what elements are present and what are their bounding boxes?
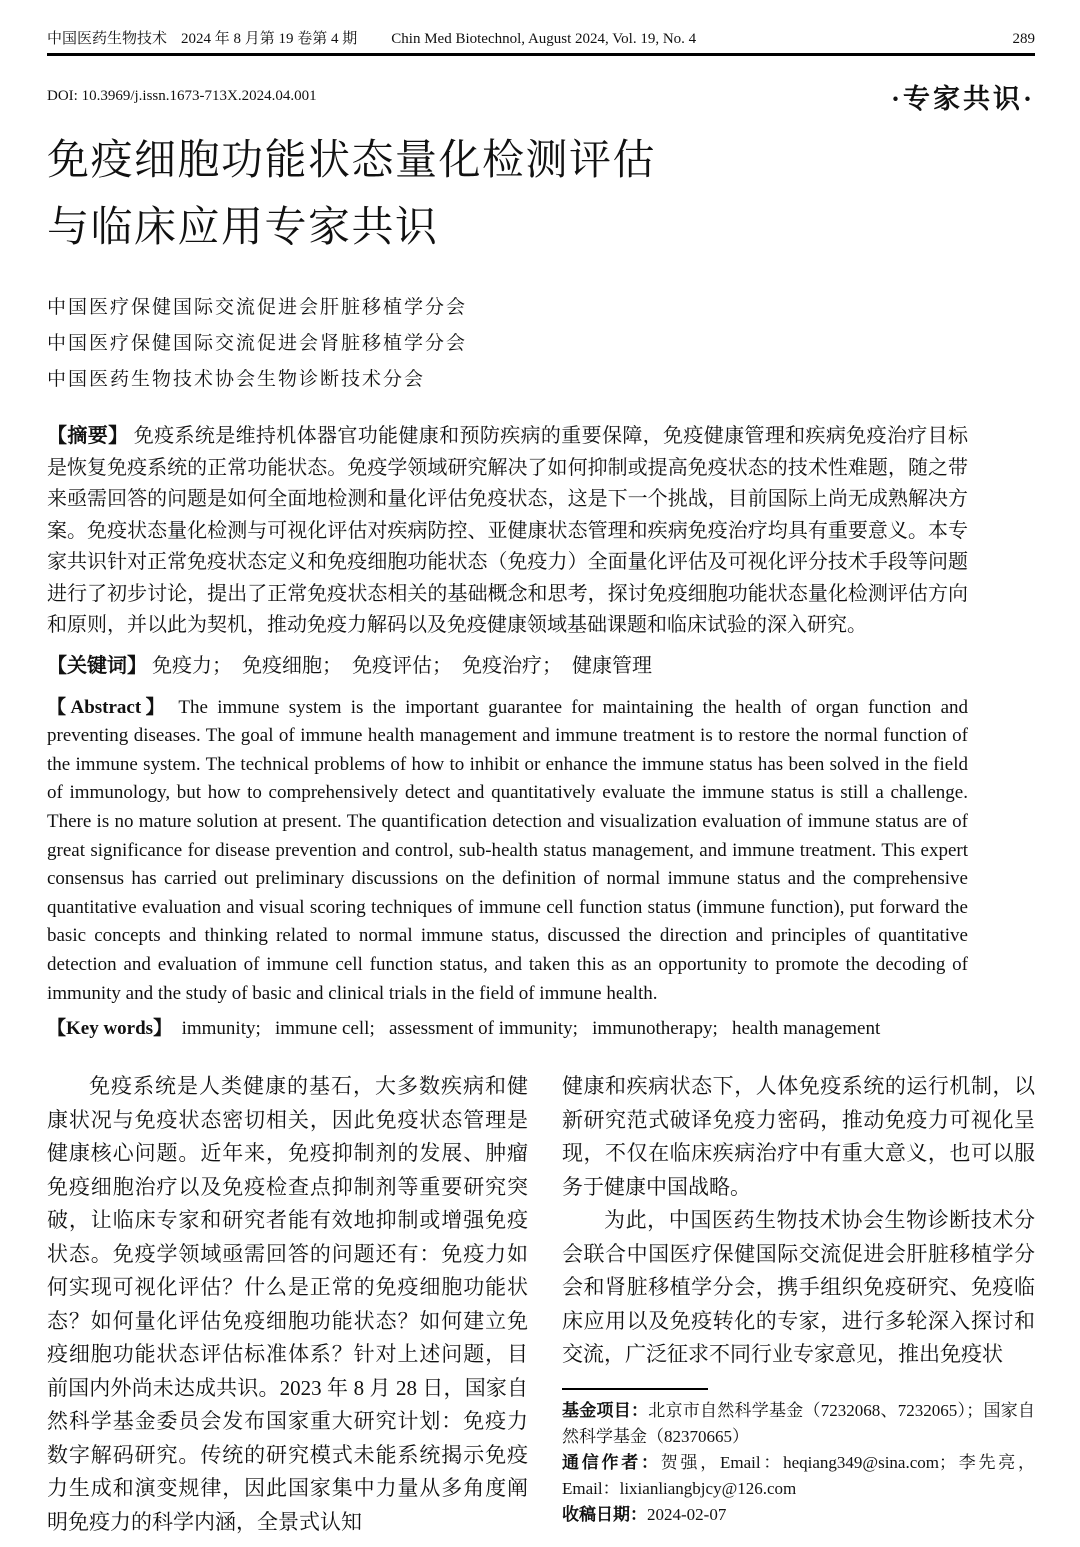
journal-title-en: Chin Med Biotechnol, August 2024, Vol. 1… <box>391 30 696 48</box>
journal-title-cn: 中国医药生物技术 <box>47 30 167 48</box>
doi-text: DOI: 10.3969/j.issn.1673-713X.2024.04.00… <box>47 88 317 105</box>
abstract-en-text: The immune system is the important guara… <box>47 697 968 1004</box>
abstract-en: 【Abstract】 The immune system is the impo… <box>47 694 968 1009</box>
keywords-cn: 【关键词】 免疫力； 免疫细胞； 免疫评估； 免疫治疗； 健康管理 <box>47 651 968 681</box>
body-column-right: 健康和疾病状态下，人体免疫系统的运行机制，以新研究范式破译免疫力密码，推动免疫力… <box>562 1070 1035 1539</box>
running-head-left: 中国医药生物技术 2024 年 8 月第 19 卷第 4 期 Chin Med … <box>47 30 1013 48</box>
keywords-en-text: immunity; immune cell; assessment of imm… <box>172 1018 880 1039</box>
keywords-en-label: 【Key words】 <box>47 1018 172 1039</box>
abstract-cn-text: 免疫系统是维持机体器官功能健康和预防疾病的重要保障，免疫健康管理和疾病免疫治疗目… <box>47 425 968 636</box>
journal-article-page: 中国医药生物技术 2024 年 8 月第 19 卷第 4 期 Chin Med … <box>0 0 1080 1547</box>
body-paragraph-1: 免疫系统是人类健康的基石，大多数疾病和健康状况与免疫状态密切相关，因此免疫状态管… <box>47 1070 528 1539</box>
footnote-corresponding-author: 通信作者：贺强，Email：heqiang349@sina.com；李先亮，Em… <box>562 1450 1035 1502</box>
article-title-line1: 免疫细胞功能状态量化检测评估 <box>47 128 1035 195</box>
affiliation-line: 中国医疗保健国际交流促进会肾脏移植学分会 <box>47 326 1035 362</box>
body-paragraph-2: 为此，中国医药生物技术协会生物诊断技术分会联合中国医疗保健国际交流促进会肝脏移植… <box>562 1204 1035 1372</box>
abstract-en-label: 【Abstract】 <box>47 697 169 718</box>
header-rule <box>47 53 1035 56</box>
affiliations: 中国医疗保健国际交流促进会肝脏移植学分会 中国医疗保健国际交流促进会肾脏移植学分… <box>47 290 1035 398</box>
page-number: 289 <box>1013 30 1036 48</box>
footnote-fund-label: 基金项目： <box>562 1401 648 1420</box>
affiliation-line: 中国医疗保健国际交流促进会肝脏移植学分会 <box>47 290 1035 326</box>
footnote-received-text: 2024-02-07 <box>647 1505 726 1524</box>
keywords-en: 【Key words】 immunity; immune cell; asses… <box>47 1015 968 1043</box>
keywords-cn-text: 免疫力； 免疫细胞； 免疫评估； 免疫治疗； 健康管理 <box>147 655 652 677</box>
affiliation-line: 中国医药生物技术协会生物诊断技术分会 <box>47 362 1035 398</box>
running-head: 中国医药生物技术 2024 年 8 月第 19 卷第 4 期 Chin Med … <box>47 30 1035 48</box>
body-paragraph-1-continued: 健康和疾病状态下，人体免疫系统的运行机制，以新研究范式破译免疫力密码，推动免疫力… <box>562 1070 1035 1204</box>
footnote-received-date: 收稿日期：2024-02-07 <box>562 1502 1035 1528</box>
body-column-left: 免疫系统是人类健康的基石，大多数疾病和健康状况与免疫状态密切相关，因此免疫状态管… <box>47 1070 528 1539</box>
body-columns: 免疫系统是人类健康的基石，大多数疾病和健康状况与免疫状态密切相关，因此免疫状态管… <box>47 1070 1035 1539</box>
footnote-fund: 基金项目：北京市自然科学基金（7232068、7232065）；国家自然科学基金… <box>562 1398 1035 1450</box>
abstract-cn: 【摘要】 免疫系统是维持机体器官功能健康和预防疾病的重要保障，免疫健康管理和疾病… <box>47 421 968 642</box>
article-title-line2: 与临床应用专家共识 <box>47 195 1035 262</box>
keywords-cn-label: 【关键词】 <box>47 655 147 677</box>
article-title: 免疫细胞功能状态量化检测评估 与临床应用专家共识 <box>47 128 1035 262</box>
footnote-author-label: 通信作者： <box>562 1453 661 1472</box>
issue-info-cn: 2024 年 8 月第 19 卷第 4 期 <box>181 30 357 48</box>
footnote-received-label: 收稿日期： <box>562 1505 647 1524</box>
abstract-cn-label: 【摘要】 <box>47 425 128 447</box>
footnote-rule <box>562 1388 708 1390</box>
footnote: 基金项目：北京市自然科学基金（7232068、7232065）；国家自然科学基金… <box>562 1388 1035 1528</box>
doi-row: DOI: 10.3969/j.issn.1673-713X.2024.04.00… <box>47 76 1035 116</box>
category-label: ·专家共识· <box>891 77 1035 116</box>
